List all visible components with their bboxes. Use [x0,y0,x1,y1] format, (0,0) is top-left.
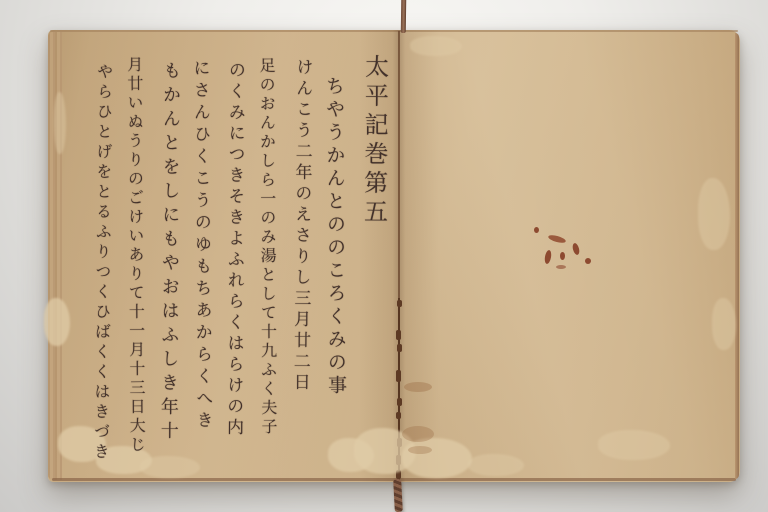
repair-patch [410,36,462,56]
binding-cord-bottom [393,479,403,512]
text-column: やらひとげをとるふりつくひばくくはきづき [89,63,115,463]
stain [560,252,565,260]
ink-smudge [404,382,432,392]
text-column: 足のおんかしら一のみ湯として十九ふく夫子 [255,57,280,437]
photograph-background: 太平記巻第五 ちやうかんとののころくみの事 けんこう二年のえさりし三月廿二日 足… [0,0,768,512]
binding-cord-top [401,0,406,33]
repair-patch [44,298,70,346]
text-column: 月廿いぬうりのごけいありて十一月十三日大じ [123,56,149,455]
binding-stitch [396,412,401,419]
stain [556,265,566,269]
repair-patch [712,298,736,350]
repair-patch [402,438,472,478]
right-page [399,30,740,482]
ink-smudge [408,446,432,454]
text-column: けんこう二年のえさりし三月廿二日 [288,58,316,394]
repair-patch [698,178,730,250]
title-column: 太平記巻第五 [356,54,392,228]
binding-stitch [396,370,401,382]
page-right-edge [735,33,739,479]
binding-stitch [397,344,402,352]
binding-stitch [397,398,402,406]
repair-patch [140,456,200,478]
binding-stitch [396,330,401,340]
text-column: のくみにつきそきよふれらくはらけの内 [221,61,248,439]
binding-stitch [397,300,402,307]
repair-patch [468,454,524,476]
repair-patch [598,430,670,460]
text-column: にさんひくこうのゆもちあからくへき [187,59,215,433]
stain [585,258,591,264]
stain [534,227,539,233]
text-column: ちやうかんとののころくみの事 [321,76,350,398]
repair-patch [54,92,66,154]
open-manuscript-book [48,30,740,482]
text-column: もかんとをしにもやおはふしき年十 [155,61,184,445]
ink-smudge [402,426,434,442]
